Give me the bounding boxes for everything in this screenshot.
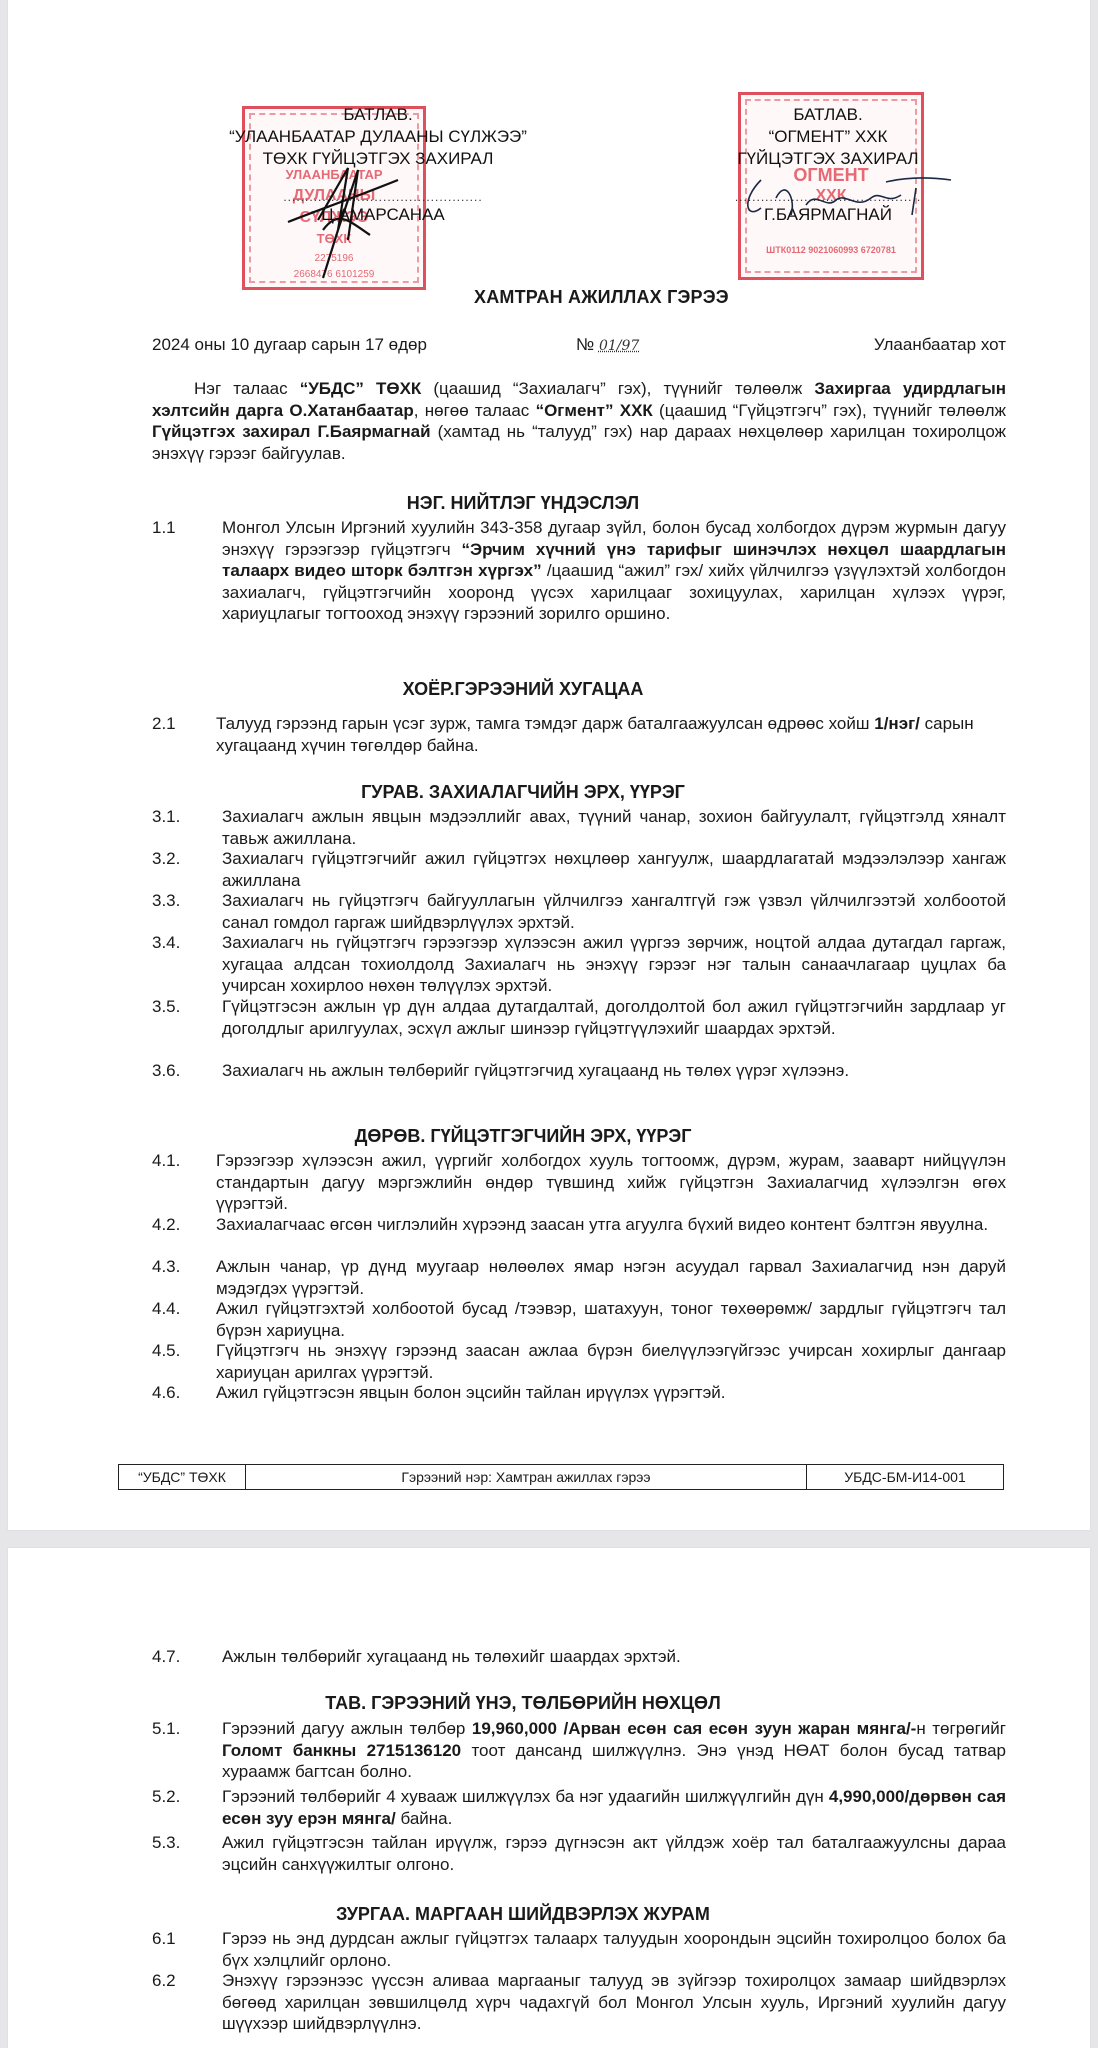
clause-text: Захиалагч нь ажлын төлбөрийг гүйцэтгэгчи… — [222, 1060, 1006, 1082]
clause-item: 4.1.Гэрээгээр хүлээсэн ажил, үүргийг хол… — [152, 1150, 1006, 1214]
text: Гэрээний дагуу ажлын төлбөр — [222, 1719, 472, 1738]
clause-text: Гүйцэтгэсэн ажлын үр дүн алдаа дутагдалт… — [222, 996, 1006, 1039]
signature-right — [736, 170, 956, 230]
text: Нэг талаас — [194, 379, 300, 398]
clause-text: Ажлын төлбөрийг хугацаанд нь төлөхийг ша… — [222, 1646, 1006, 1668]
clause-text: Захиалагч гүйцэтгэгчийг ажил гүйцэтгэх н… — [222, 848, 1006, 891]
clause-text: Ажил гүйцэтгэсэн тайлан ирүүлж, гэрээ дү… — [222, 1832, 1006, 1875]
clause-number: 3.2. — [152, 848, 180, 870]
clause-5-1: 5.1. Гэрээний дагуу ажлын төлбөр 19,960,… — [152, 1718, 1006, 1784]
clause-5-2: 5.2. Гэрээний төлбөрийг 4 хувааж шилжүүл… — [152, 1786, 1006, 1830]
clause-number: 4.5. — [152, 1340, 180, 1362]
clause-number: 5.2. — [152, 1786, 180, 1808]
intro-paragraph: Нэг талаас “УБДС” ТӨХК (цаашид “Захиалаг… — [152, 378, 1006, 464]
contractor-representative: Гүйцэтгэх захирал Г.Баярмагнай — [152, 422, 431, 441]
clause-item: 4.2.Захиалагчаас өгсөн чиглэлийн хүрээнд… — [152, 1214, 1006, 1256]
page-footer-table: “УБДС” ТӨХК Гэрээний нэр: Хамтран ажилла… — [118, 1464, 1004, 1490]
clause-text: Гэрээгээр хүлээсэн ажил, үүргийг холбогд… — [216, 1150, 1006, 1215]
clause-item: 3.3.Захиалагч нь гүйцэтгэгч байгууллагын… — [152, 890, 1006, 932]
clause-number: 4.6. — [152, 1382, 180, 1404]
text: байна. — [396, 1809, 453, 1828]
clause-number: 2.1 — [152, 713, 176, 735]
approval-org: “ОГМЕНТ” ХХК — [698, 126, 958, 148]
text: (цаашид “Захиалагч” гэх), түүнийг төлөөл… — [421, 379, 814, 398]
clause-text: Гэрээний дагуу ажлын төлбөр 19,960,000 /… — [222, 1718, 1006, 1783]
bank-account: Голомт банкны 2715136120 — [222, 1741, 461, 1760]
clause-number: 5.3. — [152, 1832, 180, 1854]
clause-item: 6.2Энэхүү гэрээнээс үүссэн аливаа маргаа… — [152, 1970, 1006, 2034]
text: Гэрээний төлбөрийг 4 хувааж шилжүүлэх ба… — [222, 1787, 829, 1806]
contract-amount: 19,960,000 /Арван есөн сая есөн зуун жар… — [472, 1719, 916, 1738]
section-3-heading: ГУРАВ. ЗАХИАЛАГЧИЙН ЭРХ, ҮҮРЭГ — [0, 782, 1064, 803]
clause-item: 4.6.Ажил гүйцэтгэсэн явцын болон эцсийн … — [152, 1382, 1006, 1404]
duration: 1/нэг/ — [874, 714, 920, 733]
signature-left — [278, 160, 418, 280]
clause-number: 4.2. — [152, 1214, 180, 1236]
footer-org: “УБДС” ТӨХК — [119, 1465, 246, 1490]
text: Талууд гэрээнд гарын үсэг зурж, тамга тэ… — [216, 714, 874, 733]
footer-code: УБДС-БМ-И14-001 — [807, 1465, 1004, 1490]
clause-text: Захиалагчаас өгсөн чиглэлийн хүрээнд заа… — [216, 1214, 1006, 1236]
approval-org: “УЛААНБААТАР ДУЛААНЫ СҮЛЖЭЭ” — [168, 126, 588, 148]
section-1-heading: НЭГ. НИЙТЛЭГ ҮНДЭСЛЭЛ — [0, 493, 1064, 514]
text: , нөгөө талаас — [414, 401, 536, 420]
clause-text: Ажил гүйцэтгэхтэй холбоотой бусад /тээвэ… — [216, 1298, 1006, 1341]
clause-item: 3.2.Захиалагч гүйцэтгэгчийг ажил гүйцэтг… — [152, 848, 1006, 890]
document-title: ХАМТРАН АЖИЛЛАХ ГЭРЭЭ — [474, 287, 729, 308]
approval-position: ГҮЙЦЭТГЭХ ЗАХИРАЛ — [698, 148, 958, 170]
contract-number: № 01/97 — [576, 335, 639, 355]
contract-city: Улаанбаатар хот — [874, 335, 1006, 355]
clause-text: Гүйцэтгэгч нь энэхүү гэрээнд заасан ажла… — [216, 1340, 1006, 1383]
clause-item: 3.6.Захиалагч нь ажлын төлбөрийг гүйцэтг… — [152, 1060, 1006, 1082]
clause-number: 6.2 — [152, 1970, 176, 1992]
approval-label: БАТЛАВ. — [698, 104, 958, 126]
clause-number: 6.1 — [152, 1928, 176, 1950]
number-label: № — [576, 335, 594, 354]
section-4-heading: ДӨРӨВ. ГҮЙЦЭТГЭГЧИЙН ЭРХ, ҮҮРЭГ — [0, 1126, 1064, 1147]
approval-label: БАТЛАВ. — [168, 104, 588, 126]
clause-number: 4.3. — [152, 1256, 180, 1278]
section-6-heading: ЗУРГАА. МАРГААН ШИЙДВЭРЛЭХ ЖУРАМ — [0, 1904, 1064, 1925]
clause-number: 3.5. — [152, 996, 180, 1018]
clause-item: 6.1Гэрээ нь энд дурдсан ажлыг гүйцэтгэх … — [152, 1928, 1006, 1970]
clause-text: Монгол Улсын Иргэний хуулийн 343-358 дуг… — [222, 517, 1006, 625]
clause-number: 4.4. — [152, 1298, 180, 1320]
clause-text: Талууд гэрээнд гарын үсэг зурж, тамга тэ… — [216, 713, 1006, 756]
clause-text: Захиалагч нь гүйцэтгэгч гэрээгээр хүлээс… — [222, 932, 1006, 997]
clause-text: Захиалагч нь гүйцэтгэгч байгууллагын үйл… — [222, 890, 1006, 933]
footer-contract-name: Гэрээний нэр: Хамтран ажиллах гэрээ — [246, 1465, 807, 1490]
contract-date: 2024 оны 10 дугаар сарын 17 өдөр — [152, 335, 427, 355]
section-5-heading: ТАВ. ГЭРЭЭНИЙ ҮНЭ, ТӨЛБӨРИЙН НӨХЦӨЛ — [0, 1693, 1064, 1714]
text: н төгрөгийг — [916, 1719, 1006, 1738]
clause-text: Ажлын чанар, үр дүнд муугаар нөлөөлөх ям… — [216, 1256, 1006, 1299]
clause-number: 3.4. — [152, 932, 180, 954]
clause-number: 4.1. — [152, 1150, 180, 1172]
clause-item: 3.1.Захиалагч ажлын явцын мэдээллийг ава… — [152, 806, 1006, 848]
clause-number: 5.1. — [152, 1718, 180, 1740]
clause-item: 4.5.Гүйцэтгэгч нь энэхүү гэрээнд заасан … — [152, 1340, 1006, 1382]
clause-item: 4.4.Ажил гүйцэтгэхтэй холбоотой бусад /т… — [152, 1298, 1006, 1340]
text: (цаашид “Гүйцэтгэгч” гэх), түүнийг төлөө… — [653, 401, 1006, 420]
number-value: 01/97 — [599, 338, 639, 354]
customer-name: “УБДС” ТӨХК — [300, 379, 422, 398]
stamp-number: ШТК0112 9021060993 6720781 — [741, 245, 921, 255]
clause-item: 3.4.Захиалагч нь гүйцэтгэгч гэрээгээр хү… — [152, 932, 1006, 996]
clause-text: Ажил гүйцэтгэсэн явцын болон эцсийн тайл… — [216, 1382, 1006, 1404]
document-page-2: 4.7.Ажлын төлбөрийг хугацаанд нь төлөхий… — [8, 1548, 1090, 2048]
contractor-name: “Огмент” ХХК — [536, 401, 653, 420]
clause-number: 1.1 — [152, 517, 176, 539]
clause-number: 3.6. — [152, 1060, 180, 1082]
clause-number: 3.1. — [152, 806, 180, 828]
clause-text: Захиалагч ажлын явцын мэдээллийг авах, т… — [222, 806, 1006, 849]
clause-1-1: 1.1 Монгол Улсын Иргэний хуулийн 343-358… — [152, 517, 1006, 657]
clause-text: Гэрээ нь энд дурдсан ажлыг гүйцэтгэх тал… — [222, 1928, 1006, 1971]
clause-item: 4.7.Ажлын төлбөрийг хугацаанд нь төлөхий… — [152, 1646, 1006, 1668]
clause-5-3: 5.3. Ажил гүйцэтгэсэн тайлан ирүүлж, гэр… — [152, 1832, 1006, 1876]
clause-text: Гэрээний төлбөрийг 4 хувааж шилжүүлэх ба… — [222, 1786, 1006, 1829]
clause-item: 4.3.Ажлын чанар, үр дүнд муугаар нөлөөлө… — [152, 1256, 1006, 1298]
clause-number: 4.7. — [152, 1646, 180, 1668]
clause-text: Энэхүү гэрээнээс үүссэн аливаа маргааныг… — [222, 1970, 1006, 2035]
section-2-heading: ХОЁР.ГЭРЭЭНИЙ ХУГАЦАА — [0, 679, 1064, 700]
document-page-1: УЛААНБААТАР ДУЛААНЫ СҮЛЖЭЭ ТӨХК 2275196 … — [8, 0, 1090, 1530]
clause-item: 3.5.Гүйцэтгэсэн ажлын үр дүн алдаа дутаг… — [152, 996, 1006, 1060]
clause-number: 3.3. — [152, 890, 180, 912]
clause-2-1: 2.1 Талууд гэрээнд гарын үсэг зурж, тамг… — [152, 713, 1006, 759]
